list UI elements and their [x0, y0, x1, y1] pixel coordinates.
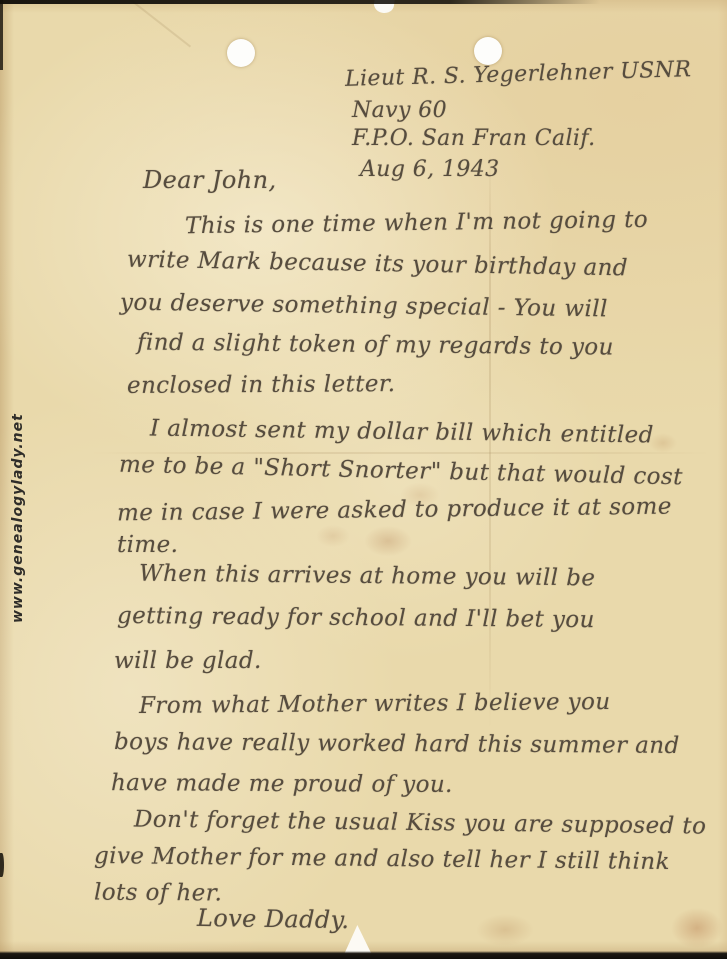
scan-edge-left-mark — [0, 853, 4, 877]
body-line: enclosed in this letter. — [127, 371, 396, 399]
paper-crease-corner — [119, 0, 191, 47]
header-date-line: Aug 6, 1943 — [360, 157, 500, 182]
scanned-letter: www.genealogylady.net Lieut R. S. Yegerl… — [0, 0, 727, 959]
body-line: give Mother for me and also tell her I s… — [94, 843, 670, 875]
body-line: you deserve something special - You will — [120, 290, 608, 323]
body-line: find a slight token of my regards to you — [137, 330, 614, 361]
body-line: boys have really worked hard this summer… — [114, 729, 680, 759]
scan-edge-top — [0, 0, 600, 4]
body-line: I almost sent my dollar bill which entit… — [150, 415, 654, 448]
body-line: have made me proud of you. — [111, 770, 453, 798]
body-line: lots of her. — [94, 880, 222, 907]
body-line: will be glad. — [114, 648, 262, 674]
body-line: getting ready for school and I'll bet yo… — [117, 603, 595, 633]
body-line: Don't forget the usual Kiss you are supp… — [134, 807, 707, 840]
body-line: me to be a "Short Snorter" but that woul… — [119, 452, 683, 491]
header-fpo-line: F.P.O. San Fran Calif. — [352, 126, 596, 151]
letter-paper: www.genealogylady.net Lieut R. S. Yegerl… — [0, 0, 727, 959]
watermark-text: www.genealogylady.net — [10, 393, 26, 623]
scan-edge-bottom — [0, 951, 727, 959]
punch-hole-left — [227, 39, 255, 67]
body-line: From what Mother writes I believe you — [139, 689, 611, 719]
scan-edge-left-top — [0, 0, 3, 70]
punch-hole-right — [474, 37, 502, 65]
signature: Love Daddy. — [197, 904, 350, 934]
header-navy-line: Navy 60 — [352, 98, 447, 123]
body-line: When this arrives at home you will be — [139, 561, 596, 592]
body-line: write Mark because its your birthday and — [127, 247, 628, 282]
body-line: me in case I were asked to produce it at… — [117, 494, 672, 527]
body-line: This is one time when I'm not going to — [185, 207, 648, 239]
salutation: Dear John, — [143, 166, 276, 194]
header-sender-line: Lieut R. S. Yegerlehner USNR — [345, 57, 692, 92]
body-line: time. — [117, 532, 178, 558]
